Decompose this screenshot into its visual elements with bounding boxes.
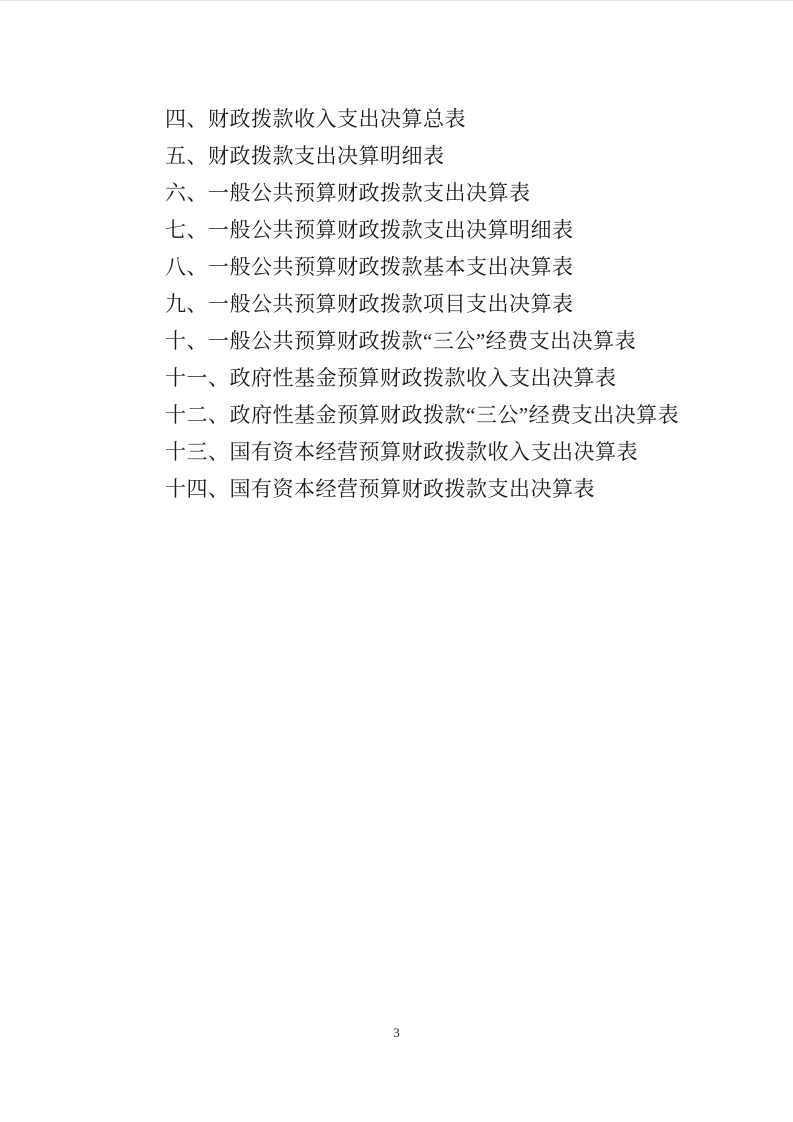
page-number: 3 (0, 1025, 793, 1041)
toc-list: 四、财政拨款收入支出决算总表 五、财政拨款支出决算明细表 六、一般公共预算财政拨… (165, 101, 679, 508)
toc-item: 十一、政府性基金预算财政拨款收入支出决算表 (165, 360, 679, 397)
toc-item: 六、一般公共预算财政拨款支出决算表 (165, 175, 679, 212)
toc-item: 九、一般公共预算财政拨款项目支出决算表 (165, 286, 679, 323)
toc-item: 四、财政拨款收入支出决算总表 (165, 101, 679, 138)
toc-item: 七、一般公共预算财政拨款支出决算明细表 (165, 212, 679, 249)
document-page: 四、财政拨款收入支出决算总表 五、财政拨款支出决算明细表 六、一般公共预算财政拨… (0, 0, 793, 1122)
toc-item: 十四、国有资本经营预算财政拨款支出决算表 (165, 471, 679, 508)
toc-item: 十三、国有资本经营预算财政拨款收入支出决算表 (165, 434, 679, 471)
toc-item: 十二、政府性基金预算财政拨款“三公”经费支出决算表 (165, 397, 679, 434)
toc-item: 八、一般公共预算财政拨款基本支出决算表 (165, 249, 679, 286)
toc-item: 十、一般公共预算财政拨款“三公”经费支出决算表 (165, 323, 679, 360)
toc-item: 五、财政拨款支出决算明细表 (165, 138, 679, 175)
